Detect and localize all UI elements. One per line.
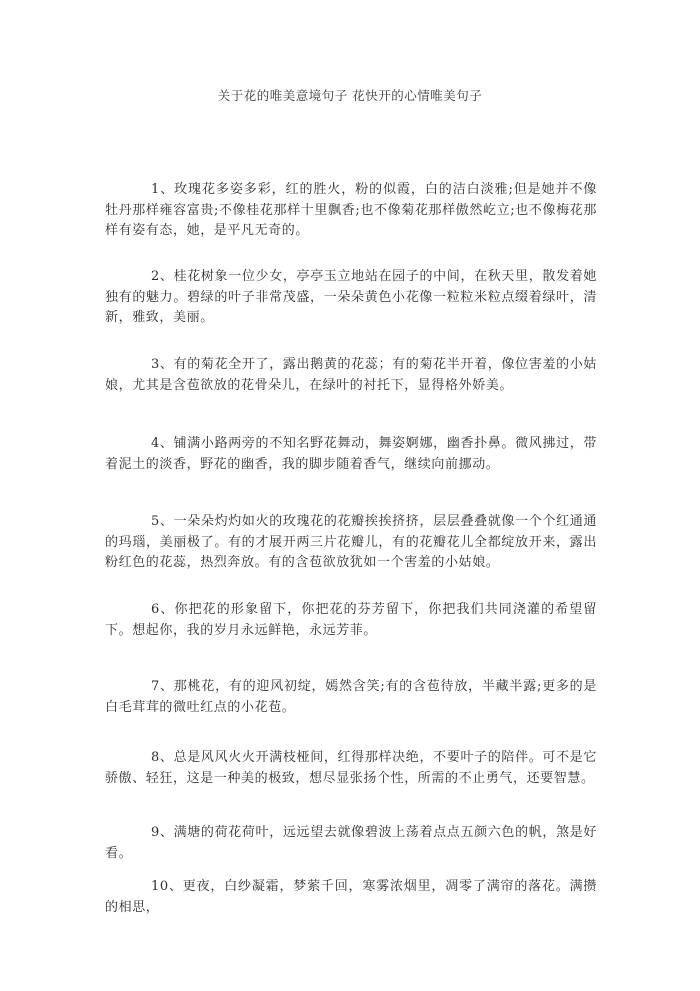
paragraph-8: 8、总是风风火火开满枝桠间，红得那样决绝，不要叶子的陪伴。可不是它骄傲、轻狂，这… [105, 748, 597, 789]
paragraph-9: 9、满塘的荷花荷叶，远远望去就像碧波上荡着点点五颜六色的帆，煞是好看。 [105, 823, 597, 864]
document-page: 关于花的唯美意境句子 花快开的心情唯美句子 1、玫瑰花多姿多彩，红的胜火，粉的似… [0, 0, 700, 991]
paragraph-2: 2、桂花树象一位少女，亭亭玉立地站在园子的中间，在秋天里，散发着她独有的魅力。碧… [105, 267, 597, 329]
paragraph-3: 3、有的菊花全开了，露出鹅黄的花蕊；有的菊花半开着，像位害羞的小姑娘，尤其是含苞… [105, 355, 597, 396]
paragraph-7: 7、那桃花，有的迎风初绽，嫣然含笑;有的含苞待放，半藏半露;更多的是白毛茸茸的微… [105, 677, 597, 718]
paragraph-5: 5、一朵朵灼灼如火的玫瑰花的花瓣挨挨挤挤，层层叠叠就像一个个红通通的玛瑙，美丽极… [105, 512, 597, 574]
document-title: 关于花的唯美意境句子 花快开的心情唯美句子 [0, 86, 700, 104]
paragraph-1: 1、玫瑰花多姿多彩，红的胜火，粉的似霞，白的洁白淡雅;但是她并不像牡丹那样雍容富… [105, 180, 597, 242]
paragraph-4: 4、铺满小路两旁的不知名野花舞动，舞姿婀娜，幽香扑鼻。微风拂过，带着泥土的淡香，… [105, 434, 597, 475]
paragraph-10: 10、更夜，白纱凝霜，梦萦千回，寒雾浓烟里，凋零了满帘的落花。满攒的相思， [105, 877, 597, 918]
paragraph-6: 6、你把花的形象留下，你把花的芬芳留下，你把我们共同浇灌的希望留下。想起你，我的… [105, 600, 597, 641]
